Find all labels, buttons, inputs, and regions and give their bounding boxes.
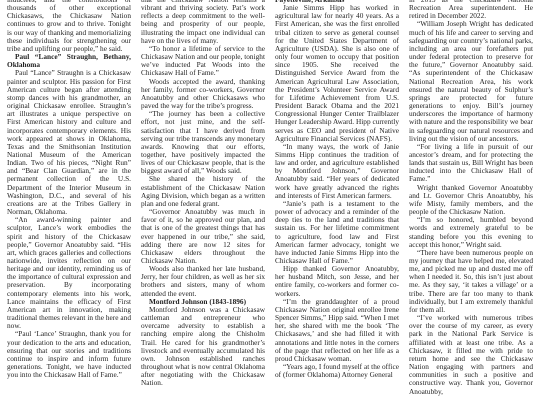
- article-paragraph: “Governor Anoatubby was much in favor of…: [141, 208, 265, 265]
- article-paragraph: inductees, and the contributions of thou…: [7, 0, 131, 53]
- article-page: inductees, and the contributions of thou…: [0, 0, 540, 396]
- article-paragraph: “I’m the granddaughter of a proud Chicka…: [275, 298, 399, 363]
- article-paragraph: Wright thanked Governor Anoatubby and Lt…: [409, 184, 533, 217]
- article-paragraph: “Years ago, I found myself at the office…: [275, 363, 399, 379]
- article-paragraph: that the Chickasaw Nation remains a vibr…: [141, 0, 265, 45]
- article-paragraph: Paul “Lance” Straughn is a Chickasaw pai…: [7, 69, 131, 216]
- article-paragraph: in 2013 as the Chickasaw National Recrea…: [409, 0, 533, 20]
- article-columns: inductees, and the contributions of thou…: [7, 0, 533, 396]
- article-paragraph: “I’m so honored, humbled beyond words an…: [409, 216, 533, 249]
- article-paragraph: Montford Johnson was a Chickasaw cattlem…: [141, 306, 265, 388]
- article-paragraph: She shared the history of the establishm…: [141, 175, 265, 208]
- article-paragraph: Hipp thanked Governor Anoatubby, her hus…: [275, 265, 399, 298]
- text-column: Fayetteville, ArkansasJanie Simms Hipp h…: [275, 0, 399, 396]
- article-paragraph: “To honor a lifetime of service to the C…: [141, 45, 265, 78]
- newspaper-page: { "page": { "background": "#ffffff", "te…: [0, 0, 540, 407]
- text-column: that the Chickasaw Nation remains a vibr…: [141, 0, 265, 396]
- article-paragraph: Janie Simms Hipp has worked in agricultu…: [275, 4, 399, 143]
- article-paragraph: Woods also thanked her late husband, Jer…: [141, 265, 265, 298]
- article-paragraph: “The journey has been a collective effor…: [141, 110, 265, 175]
- article-paragraph: “An award-winning painter and sculptor, …: [7, 216, 131, 330]
- article-paragraph: “I’ve worked with numerous tribes over t…: [409, 314, 533, 396]
- text-column: inductees, and the contributions of thou…: [7, 0, 131, 396]
- article-paragraph: “For living a life in pursuit of our anc…: [409, 143, 533, 184]
- article-paragraph: “Paul ‘Lance’ Straughn, thank you for yo…: [7, 330, 131, 379]
- article-paragraph: “In many ways, the work of Janie Simms H…: [275, 143, 399, 200]
- article-paragraph: “There have been numerous people on my j…: [409, 249, 533, 314]
- section-heading: Paul “Lance” Straughn, Bethany, Oklahoma: [7, 53, 131, 69]
- article-paragraph: “William Joseph Wright has dedicated muc…: [409, 20, 533, 142]
- text-column: in 2013 as the Chickasaw National Recrea…: [409, 0, 533, 396]
- article-paragraph: Woods accepted the award, thanking her f…: [141, 78, 265, 111]
- article-paragraph: “Janie’s path is a testament to the powe…: [275, 200, 399, 265]
